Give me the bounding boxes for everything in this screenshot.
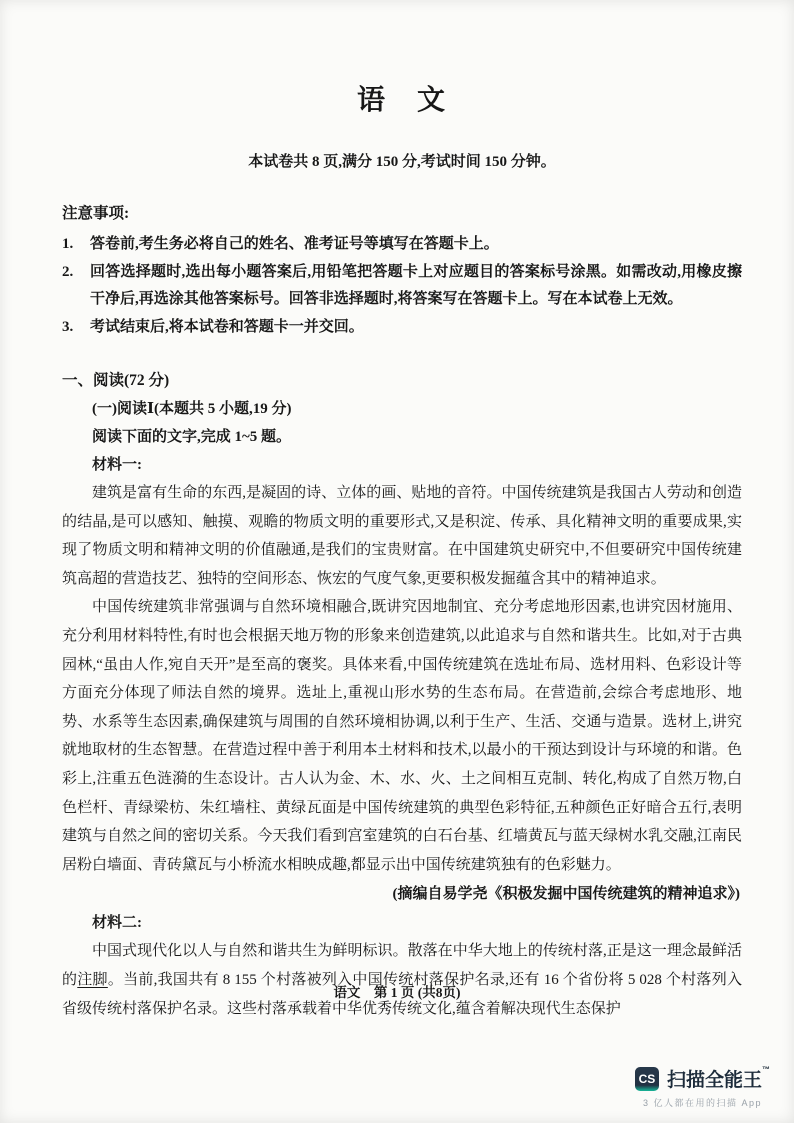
notice-item-1-number: 1.	[62, 231, 90, 259]
camscanner-tagline: 3 亿人都在用的扫描 App	[635, 1096, 770, 1109]
camscanner-watermark-row: CS 扫描全能王™	[635, 1065, 770, 1092]
camscanner-brand-text: 扫描全能王™	[667, 1065, 770, 1092]
material-two-label: 材料二:	[62, 909, 742, 937]
trademark-symbol: ™	[762, 1065, 770, 1074]
paper-subtitle: 本试卷共 8 页,满分 150 分,考试时间 150 分钟。	[62, 150, 742, 171]
camscanner-logo-icon: CS	[635, 1067, 659, 1091]
page-content: 语 文 本试卷共 8 页,满分 150 分,考试时间 150 分钟。 注意事项:…	[0, 0, 794, 1023]
camscanner-watermark: CS 扫描全能王™ 3 亿人都在用的扫描 App	[635, 1065, 770, 1109]
part-heading-reading-1: (一)阅读Ⅰ(本题共 5 小题,19 分)	[62, 395, 742, 423]
notice-item-3: 3. 考试结束后,将本试卷和答题卡一并交回。	[62, 314, 742, 342]
section-heading-reading: 一、阅读(72 分)	[62, 367, 742, 395]
notice-item-3-number: 3.	[62, 314, 90, 342]
notice-item-2-number: 2.	[62, 259, 90, 314]
page-footer: 语文 第 1 页 (共8页)	[0, 981, 794, 1001]
material-one-paragraph-2: 中国传统建筑非常强调与自然环境相融合,既讲究因地制宜、充分考虑地形因素,也讲究因…	[62, 593, 742, 879]
notice-heading: 注意事项:	[62, 201, 742, 227]
reading-instruction: 阅读下面的文字,完成 1~5 题。	[62, 423, 742, 451]
paper-title: 语 文	[62, 0, 742, 118]
exam-paper-page: 语 文 本试卷共 8 页,满分 150 分,考试时间 150 分钟。 注意事项:…	[0, 0, 794, 1123]
notice-section: 注意事项: 1. 答卷前,考生务必将自己的姓名、准考证号等填写在答题卡上。 2.…	[62, 201, 742, 341]
notice-list: 1. 答卷前,考生务必将自己的姓名、准考证号等填写在答题卡上。 2. 回答选择题…	[62, 231, 742, 341]
notice-item-3-text: 考试结束后,将本试卷和答题卡一并交回。	[90, 314, 742, 342]
camscanner-brand-name: 扫描全能王	[667, 1070, 762, 1091]
material-one-paragraph-1: 建筑是富有生命的东西,是凝固的诗、立体的画、贴地的音符。中国传统建筑是我国古人劳…	[62, 479, 742, 593]
material-one-label: 材料一:	[62, 451, 742, 479]
notice-item-2-text: 回答选择题时,选出每小题答案后,用铅笔把答题卡上对应题目的答案标号涂黑。如需改动…	[90, 259, 742, 314]
notice-item-2: 2. 回答选择题时,选出每小题答案后,用铅笔把答题卡上对应题目的答案标号涂黑。如…	[62, 259, 742, 314]
notice-item-1: 1. 答卷前,考生务必将自己的姓名、准考证号等填写在答题卡上。	[62, 231, 742, 259]
material-one-source: (摘编自易学尧《积极发掘中国传统建筑的精神追求》)	[62, 879, 742, 909]
notice-item-1-text: 答卷前,考生务必将自己的姓名、准考证号等填写在答题卡上。	[90, 231, 742, 259]
